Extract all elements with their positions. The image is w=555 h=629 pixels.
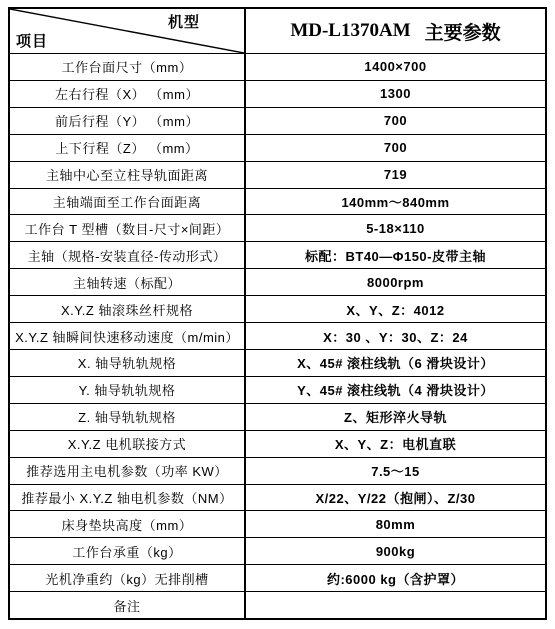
spec-label: 光机净重约（kg）无排削槽 [10,565,246,591]
spec-label: 工作台承重（kg） [10,538,246,564]
spec-row: X.Y.Z 电机联接方式 X、Y、Z：电机直联 [10,431,545,458]
spec-label: Y. 轴导轨轨规格 [10,377,246,403]
spec-row: 左右行程（X） （mm） 1300 [10,81,545,108]
title-suffix-text: 主要参数 [425,18,501,45]
spec-label: 床身垫块高度（mm） [10,511,246,537]
spec-row: 推荐选用主电机参数（功率 KW） 7.5～15 [10,458,545,485]
spec-label: X.Y.Z 轴滚珠丝杆规格 [10,296,246,322]
spec-label: 主轴转速（标配） [10,269,246,295]
spec-row: 上下行程（Z） （mm） 700 [10,135,545,162]
spec-value: 900kg [246,538,545,564]
spec-label: X.Y.Z 轴瞬间快速移动速度（m/min） [10,323,246,349]
spec-row: Z. 轴导轨轨规格 Z、矩形淬火导轨 [10,404,545,431]
spec-row: 主轴端面至工作台面距离 140mm～840mm [10,189,545,216]
spec-value: X/22、Y/22（抱闸）、Z/30 [246,485,545,511]
spec-row: 工作台承重（kg） 900kg [10,538,545,565]
spec-label: 工作台 T 型槽（数目-尺寸×间距） [10,215,246,241]
spec-label: 前后行程（Y） （mm） [10,108,246,134]
table-title-cell: MD-L1370AM 主要参数 [246,9,545,53]
diagonal-header-cell: 机型 项目 [10,9,246,53]
spec-row: 前后行程（Y） （mm） 700 [10,108,545,135]
spec-row: 推荐最小 X.Y.Z 轴电机参数（NM） X/22、Y/22（抱闸）、Z/30 [10,485,545,512]
spec-label: X.Y.Z 电机联接方式 [10,431,246,457]
spec-value: Z、矩形淬火导轨 [246,404,545,430]
spec-row: X. 轴导轨轨规格 X、45# 滚柱线轨（6 滑块设计） [10,350,545,377]
spec-value: 1400×700 [246,54,545,80]
spec-label: 主轴中心至立柱导轨面距离 [10,162,246,188]
spec-label: 主轴端面至工作台面距离 [10,189,246,215]
header-model-label: 机型 [168,11,200,32]
spec-row: 主轴转速（标配） 8000rpm [10,269,545,296]
spec-row: 工作台面尺寸（mm） 1400×700 [10,54,545,81]
spec-value: 标配：BT40—Φ150-皮带主轴 [246,242,545,268]
spec-label: 左右行程（X） （mm） [10,81,246,107]
spec-value: 140mm～840mm [246,189,545,215]
spec-value: 7.5～15 [246,458,545,484]
spec-label: 备注 [10,592,246,618]
header-item-label: 项目 [16,30,48,51]
title-model-text: MD-L1370AM [290,20,410,42]
spec-value: Y、45# 滚柱线轨（4 滑块设计） [246,377,545,403]
spec-row: 主轴（规格-安装直径-传动形式） 标配：BT40—Φ150-皮带主轴 [10,242,545,269]
spec-table: 机型 项目 MD-L1370AM 主要参数 工作台面尺寸（mm） 1400×70… [8,7,547,620]
spec-value [246,592,545,618]
spec-label: Z. 轴导轨轨规格 [10,404,246,430]
spec-label: 主轴（规格-安装直径-传动形式） [10,242,246,268]
table-header-row: 机型 项目 MD-L1370AM 主要参数 [10,9,545,54]
spec-value: X、45# 滚柱线轨（6 滑块设计） [246,350,545,376]
spec-value: 700 [246,108,545,134]
spec-row: X.Y.Z 轴滚珠丝杆规格 X、Y、Z：4012 [10,296,545,323]
spec-value: 5-18×110 [246,215,545,241]
spec-row: X.Y.Z 轴瞬间快速移动速度（m/min） X：30 、Y：30、Z：24 [10,323,545,350]
spec-rows: 工作台面尺寸（mm） 1400×700 左右行程（X） （mm） 1300 前后… [10,54,545,618]
spec-row: 主轴中心至立柱导轨面距离 719 [10,162,545,189]
spec-row: Y. 轴导轨轨规格 Y、45# 滚柱线轨（4 滑块设计） [10,377,545,404]
spec-row: 工作台 T 型槽（数目-尺寸×间距） 5-18×110 [10,215,545,242]
spec-value: 约:6000 kg（含护罩） [246,565,545,591]
spec-value: 719 [246,162,545,188]
spec-row: 光机净重约（kg）无排削槽 约:6000 kg（含护罩） [10,565,545,592]
spec-label: 推荐最小 X.Y.Z 轴电机参数（NM） [10,485,246,511]
spec-value: X、Y、Z：电机直联 [246,431,545,457]
spec-value: 80mm [246,511,545,537]
spec-label: 工作台面尺寸（mm） [10,54,246,80]
spec-value: 1300 [246,81,545,107]
spec-row: 床身垫块高度（mm） 80mm [10,511,545,538]
spec-value: X：30 、Y：30、Z：24 [246,323,545,349]
spec-label: 上下行程（Z） （mm） [10,135,246,161]
spec-label: 推荐选用主电机参数（功率 KW） [10,458,246,484]
spec-value: 700 [246,135,545,161]
spec-row: 备注 [10,592,545,618]
spec-value: X、Y、Z：4012 [246,296,545,322]
spec-label: X. 轴导轨轨规格 [10,350,246,376]
spec-value: 8000rpm [246,269,545,295]
